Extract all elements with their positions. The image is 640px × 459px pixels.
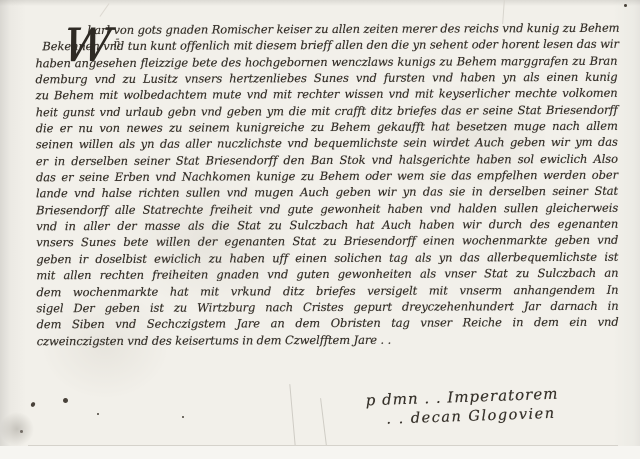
paper-top-shadow [0,0,640,6]
ink-blot [20,430,23,433]
ink-blot [30,401,36,407]
fold-crease-horizontal [28,445,618,446]
drop-cap-abbreviation-mark: n̄ [113,37,120,50]
fold-crease-vertical-right [320,398,327,446]
fold-crease-vertical-left [289,384,295,446]
ink-blot [624,4,627,7]
paper-bottom-margin [0,446,640,459]
chancery-note-line2: . . decan Glogovien [386,406,559,428]
fold-crease-top-left [100,3,110,17]
paper-smudge [0,412,34,446]
ink-blot [182,416,184,418]
ink-blot [63,398,68,403]
ink-blot [97,413,99,415]
manuscript-paper: W n̄ karl von gots gnaden Romischer keis… [0,0,640,459]
charter-line: czweinczigsten vnd des keisertums in dem… [37,331,619,350]
chancery-note: p dmn . . Imperatorem . . decan Glogovie… [365,385,559,429]
drop-cap-initial: W [61,21,113,69]
charter-text-block: W n̄ karl von gots gnaden Romischer keis… [35,21,618,350]
